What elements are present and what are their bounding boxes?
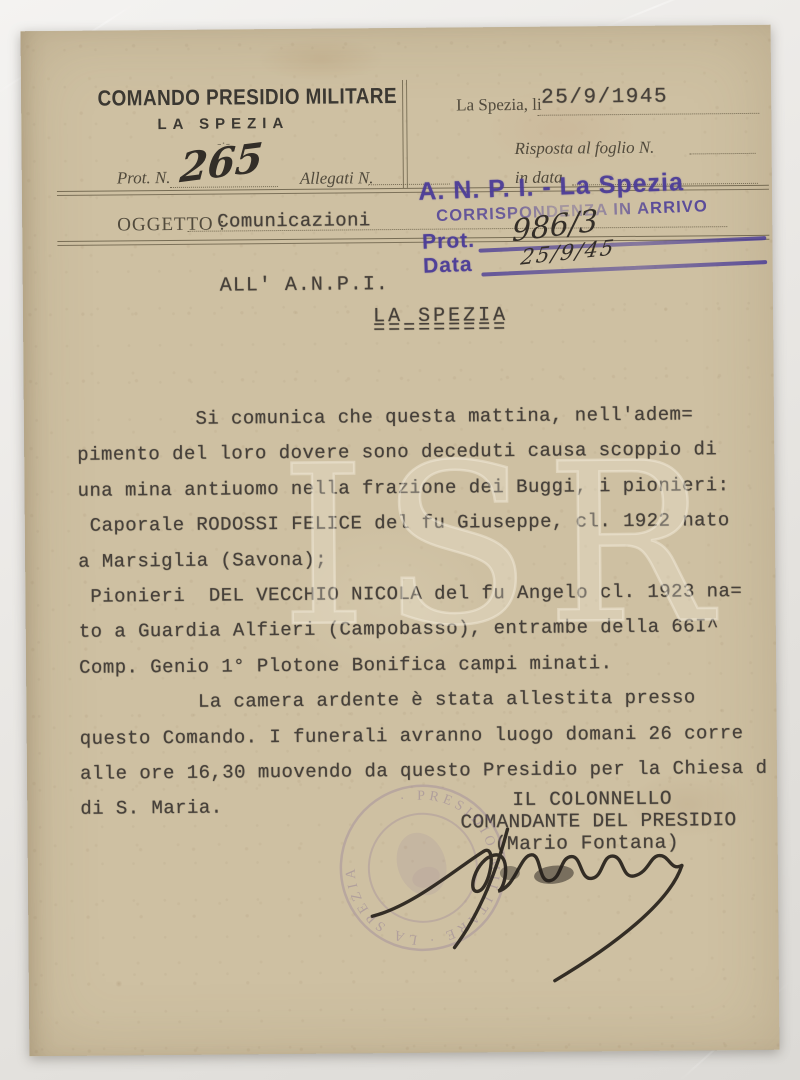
body-line: Si comunica che questa mattina, nell'ade… bbox=[77, 397, 765, 438]
letter-paper: COMANDO PRESIDIO MILITARE LA SPEZIA -·- … bbox=[21, 25, 780, 1057]
letterhead-title-wrap: COMANDO PRESIDIO MILITARE bbox=[73, 83, 373, 112]
body-line: Pionieri DEL VECCHIO NICOLA del fu Angel… bbox=[78, 574, 766, 615]
body-line: una mina antiuomo nella frazione dei Bug… bbox=[77, 468, 765, 509]
letterhead-title: COMANDO PRESIDIO MILITARE bbox=[97, 83, 397, 112]
oggetto-value: Comunicazioni bbox=[217, 209, 371, 232]
dateline-date: 25/9/1945 bbox=[541, 86, 668, 110]
oggetto-label: OGGETTO : bbox=[117, 214, 226, 237]
allegati-label: Allegati N. bbox=[300, 168, 374, 189]
anpi-stamp-prot-label: Prot. bbox=[422, 229, 476, 255]
date-dotted-line bbox=[537, 113, 759, 116]
body-line: Caporale RODOSSI FELICE del fu Giuseppe,… bbox=[78, 503, 766, 544]
body-line: La camera ardente è stata allestita pres… bbox=[79, 680, 767, 721]
anpi-arrival-stamp: A. N. P. I. - La Spezia CORRISPONDENZA I… bbox=[418, 165, 770, 178]
body-line: to a Guardia Alfieri (Campobasso), entra… bbox=[79, 609, 767, 650]
letter-body: Si comunica che questa mattina, nell'ade… bbox=[77, 397, 768, 828]
body-line: Comp. Genio 1° Plotone Bonifica campi mi… bbox=[79, 645, 767, 686]
prot-label: Prot. N. bbox=[117, 168, 171, 188]
recipient-line1: ALL' A.N.P.I. bbox=[220, 273, 389, 297]
handwritten-signature bbox=[357, 813, 729, 1021]
body-line: questo Comando. I funerali avranno luogo… bbox=[80, 715, 768, 756]
scanned-document-page: COMANDO PRESIDIO MILITARE LA SPEZIA -·- … bbox=[0, 0, 800, 1080]
prot-dotted-line bbox=[170, 186, 278, 188]
risposta-label: Risposta al foglio N. bbox=[515, 138, 655, 159]
letterhead-subtitle: LA SPEZIA bbox=[73, 114, 373, 134]
recipient-city-underline: ========= bbox=[373, 316, 508, 340]
signature-title-1: IL COLONNELLO bbox=[512, 788, 672, 811]
body-line: a Marsiglia (Savona); bbox=[78, 538, 766, 579]
risposta-dotted-line bbox=[690, 153, 756, 155]
vertical-rule bbox=[402, 80, 408, 188]
anpi-stamp-data-label: Data bbox=[423, 253, 473, 279]
dateline-place: La Spezia, li bbox=[456, 95, 542, 116]
body-line: pimento del loro dovere sono deceduti ca… bbox=[77, 432, 765, 473]
prot-number-handwritten: 265 bbox=[178, 134, 265, 193]
